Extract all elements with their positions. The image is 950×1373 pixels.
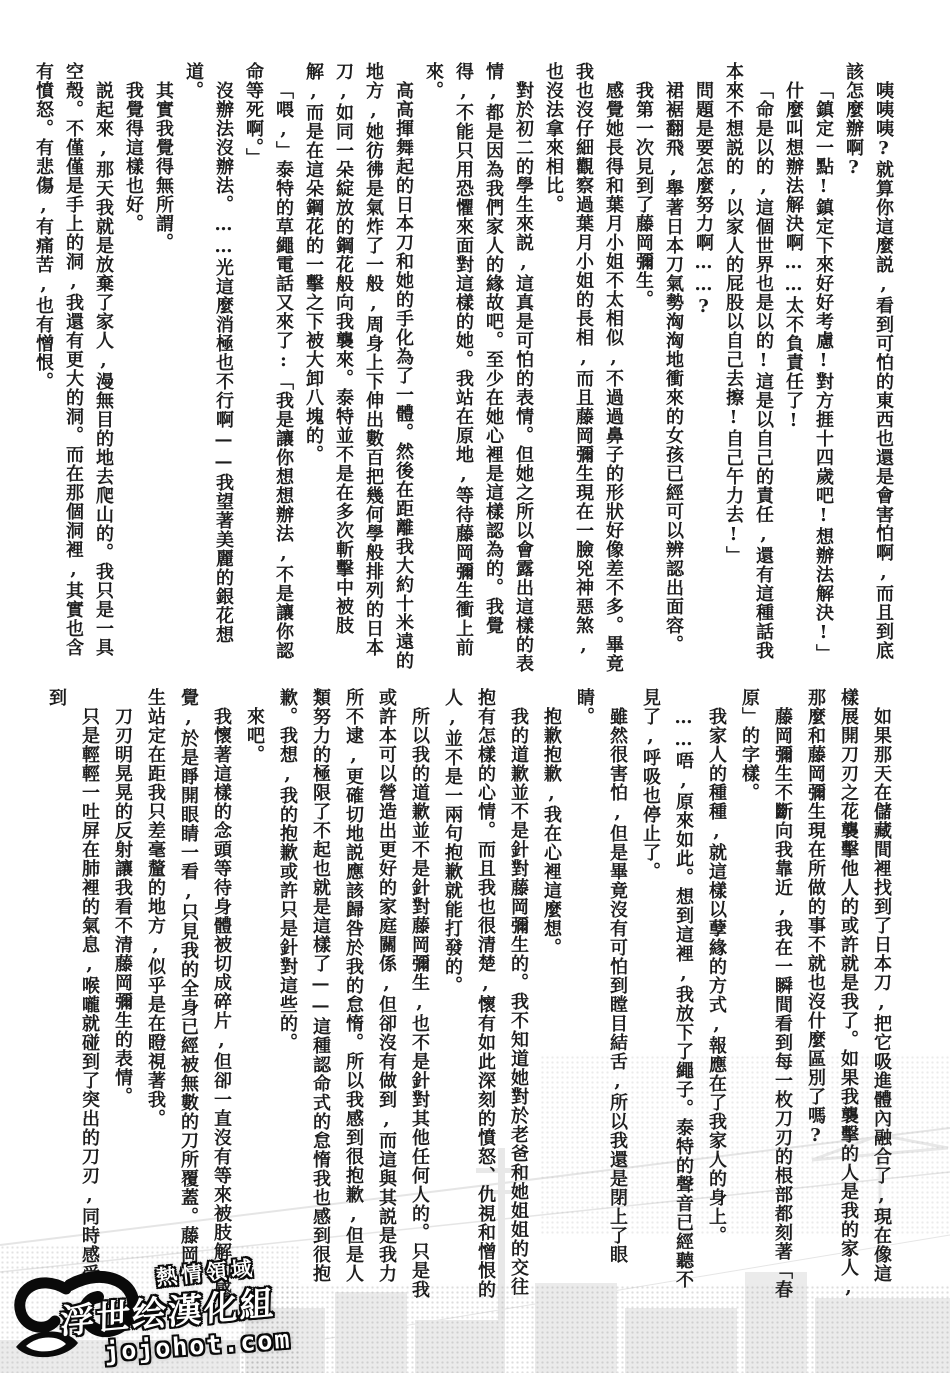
paragraph: 我覺得這樣也好。	[118, 62, 148, 674]
paragraph: 其實我覺得無所謂。	[148, 62, 178, 674]
paragraph: 雖然很害怕,但是畢竟沒有可怕到瞠目結舌,所以我還是閉上了眼睛。	[568, 688, 634, 1300]
paragraph: 刀刃明晃晃的反射讓我看不清藤岡彌生的表情。	[106, 688, 139, 1300]
paragraph: ……唔,原來如此。想到這裡,我放下了繩子。泰特的聲音已經聽不見了,呼吸也停止了。	[634, 688, 700, 1300]
paragraph: 對於初二的學生來説,這真是可怕的表情。但她之所以會露出這樣的表情,都是因為我們家…	[418, 62, 538, 674]
paragraph: 來吧。	[238, 688, 271, 1300]
paragraph: 抱歉抱歉,我在心裡這麼想。	[535, 688, 568, 1300]
paragraph: 什麼叫想辦法解決啊……太不負責任了!	[778, 62, 808, 674]
paragraph: 我懷著這樣的念頭等待身體被切成碎片,但卻一直沒有等來被肢解的感覺,於是睜開眼睛一…	[139, 688, 238, 1300]
paragraph: 只是輕輕一吐屏在肺裡的氣息,喉嚨就碰到了突出的刀刃,同時感受到	[40, 688, 106, 1300]
top-text-block: 咦咦咦?就算你這麼説,看到可怕的東西也還是會害怕啊,而且到底該怎麼辦啊?「鎮定一…	[78, 62, 898, 674]
paragraph: 裙裾翻飛,舉著日本刀氣勢洶洶地衝來的女孩已經可以辨認出面容。	[658, 62, 688, 674]
paragraph: 藤岡彌生不斷向我靠近,我在一瞬間看到每一枚刀刃的根部都刻著「春原」的字樣。	[733, 688, 799, 1300]
paragraph: 「喂,」泰特的草繩電話又來了:「我是讓你想想辦法,不是讓你認命等死啊。」	[238, 62, 298, 674]
paragraph: 所以我的道歉並不是針對藤岡彌生,也不是針對其他任何人的。只是我或許本可以營造出更…	[271, 688, 436, 1300]
paragraph: 我第一次見到了藤岡彌生。	[628, 62, 658, 674]
paragraph: 如果那天在儲藏間裡找到了日本刀,把它吸進體內融合了,現在像這樣展開刀刃之花襲擊他…	[799, 688, 898, 1300]
scanlation-watermark: 熱情領域 浮世绘漢化組 jojohot.com	[8, 1255, 328, 1373]
bottom-text-block: 如果那天在儲藏間裡找到了日本刀,把它吸進體內融合了,現在像這樣展開刀刃之花襲擊他…	[76, 688, 898, 1300]
paragraph: 説起來,那天我就是放棄了家人,漫無目的地去爬山的。我只是一具空殼。不僅僅是手上的…	[28, 62, 118, 674]
paragraph: 「命是以的,這個世界也是以的!這是以自己的責任,還有這種話我本來不想説的,以家人…	[718, 62, 778, 674]
paragraph: 「鎮定一點!鎮定下來好好考慮!對方捱十四歲吧!想辦法解決!」	[808, 62, 838, 674]
paragraph: 我的道歉並不是針對藤岡彌生的。我不知道她對於老爸和她姐姐的交往抱有怎樣的心情。而…	[436, 688, 535, 1300]
paragraph: 我家人的種種,就這樣以孽緣的方式,報應在了我家人的身上。	[700, 688, 733, 1300]
paragraph: 咦咦咦?就算你這麼説,看到可怕的東西也還是會害怕啊,而且到底該怎麼辦啊?	[838, 62, 898, 674]
novel-page: 咦咦咦?就算你這麼説,看到可怕的東西也還是會害怕啊,而且到底該怎麼辦啊?「鎮定一…	[0, 0, 950, 1373]
paragraph: 高高揮舞起的日本刀和她的手化為了一體。然後在距離我大約十米遠的地方,她彷彿是氣炸…	[298, 62, 418, 674]
paragraph: 沒辦法沒辦法。……光這麼消極也不行啊——我望著美麗的銀花想道。	[178, 62, 238, 674]
paragraph: 問題是要怎麼努力啊……?	[688, 62, 718, 674]
paragraph: 感覺她長得和葉月小姐不太相似,不過過鼻子的形狀好像差不多。畢竟我也沒仔細觀察過葉…	[538, 62, 628, 674]
